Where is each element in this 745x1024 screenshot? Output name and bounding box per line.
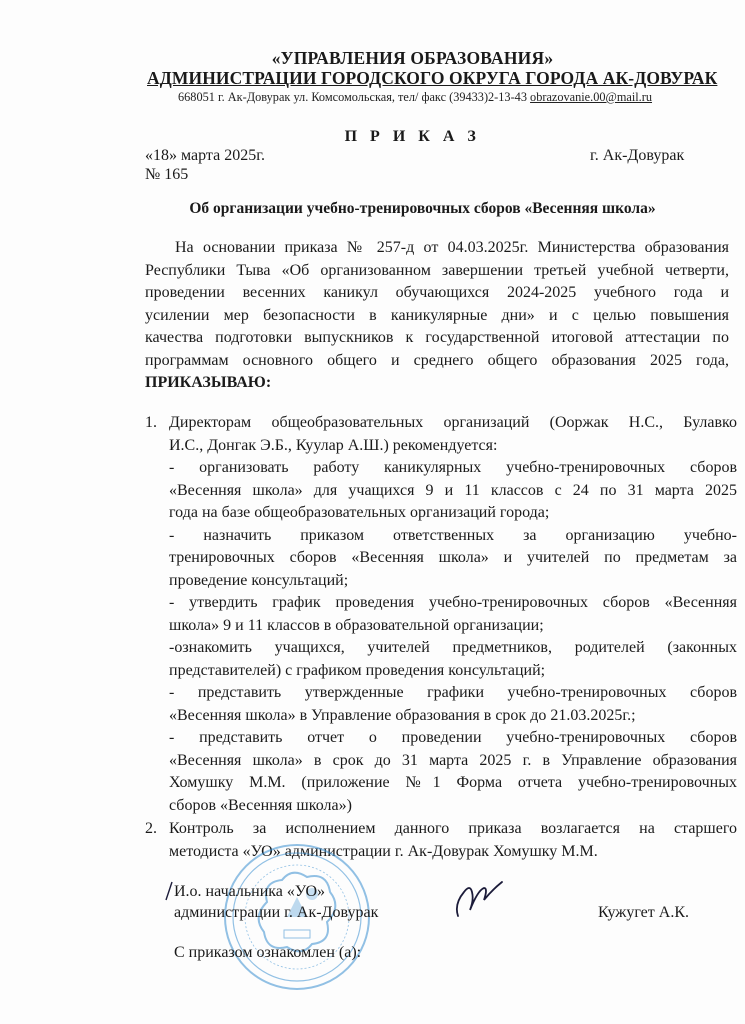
signatory-role: И.о. начальника «УО» (174, 883, 325, 901)
letterhead-org-name: «УПРАВЛЕНИЯ ОБРАЗОВАНИЯ» (0, 48, 745, 69)
item-line: «Весенняя школа» в срок до 31 марта 2025… (169, 750, 737, 773)
signatory-organization: администрации г. Ак-Довурак (174, 904, 378, 922)
address-text: 668051 г. Ак-Довурак ул. Комсомольская, … (178, 90, 530, 104)
item-line: -ознакомить учащихся, учителей предметни… (169, 637, 737, 660)
item-line: - представить отчет о проведении учебно-… (169, 727, 737, 750)
preamble-line: проведении весенних каникул обучающихся … (145, 282, 729, 305)
item-line: «Весенняя школа» в Управление образовани… (169, 705, 737, 728)
tick-mark-icon (164, 880, 174, 902)
order-city: г. Ак-Довурак (590, 147, 684, 165)
acknowledgement-line: С приказом ознакомлен (а): (174, 944, 361, 962)
preamble-line: Республики Тыва «Об организованном завер… (145, 260, 729, 283)
item-line: тренировочных сборов «Весенняя школа» и … (169, 547, 737, 570)
order-subject: Об организации учебно-тренировочных сбор… (0, 200, 745, 218)
item-number: 2. (145, 818, 157, 841)
item-body: Директорам общеобразовательных организац… (169, 412, 737, 817)
order-title: П Р И К А З (0, 128, 745, 146)
email-link[interactable]: obrazovanie.00@mail.ru (530, 90, 652, 104)
order-item-1: 1. Директорам общеобразовательных органи… (145, 412, 737, 817)
item-line: Директорам общеобразовательных организац… (169, 412, 737, 435)
item-line: Хомушку М.М. (приложение №1 Форма отчета… (169, 772, 737, 795)
preamble-line: усилении мер безопасности в каникулярные… (145, 305, 729, 328)
item-line: - назначить приказом ответственных за ор… (169, 525, 737, 548)
item-line: сборов «Весенняя школа») (169, 795, 737, 818)
letterhead-address: 668051 г. Ак-Довурак ул. Комсомольская, … (178, 90, 652, 105)
letterhead-administration: АДМИНИСТРАЦИИ ГОРОДСКОГО ОКРУГА ГОРОДА А… (147, 68, 717, 89)
preamble-line: На основании приказа № 257-д от 04.03.20… (145, 237, 729, 260)
item-line: И.С., Донгак Э.Б., Куулар А.Ш.) рекоменд… (169, 435, 737, 458)
item-line: проведение консультаций; (169, 570, 737, 593)
order-number: № 165 (145, 166, 188, 184)
item-line: Контроль за исполнением данного приказа … (169, 818, 737, 841)
item-number: 1. (145, 412, 157, 435)
handwritten-signature-icon (452, 876, 512, 920)
document-page: «УПРАВЛЕНИЯ ОБРАЗОВАНИЯ» АДМИНИСТРАЦИИ Г… (0, 0, 745, 1024)
item-line: «Весенняя школа» для учащихся 9 и 11 кла… (169, 480, 737, 503)
signatory-name: Кужугет А.К. (598, 904, 689, 922)
item-line: года на базе общеобразовательных организ… (169, 502, 737, 525)
item-line: представителей) с графиком проведения ко… (169, 660, 737, 683)
item-line: школа» 9 и 11 классов в образовательной … (169, 615, 737, 638)
item-line: - организовать работу каникулярных учебн… (169, 457, 737, 480)
item-line: - утвердить график проведения учебно-тре… (169, 592, 737, 615)
order-date: «18» марта 2025г. (145, 147, 265, 165)
decree-word: ПРИКАЗЫВАЮ: (145, 372, 729, 395)
item-line: - представить утвержденные графики учебн… (169, 682, 737, 705)
preamble-line: качества подготовки выпускников к госуда… (145, 327, 729, 350)
preamble-line: программам основного общего и среднего о… (145, 350, 729, 373)
preamble: На основании приказа № 257-д от 04.03.20… (145, 237, 729, 395)
